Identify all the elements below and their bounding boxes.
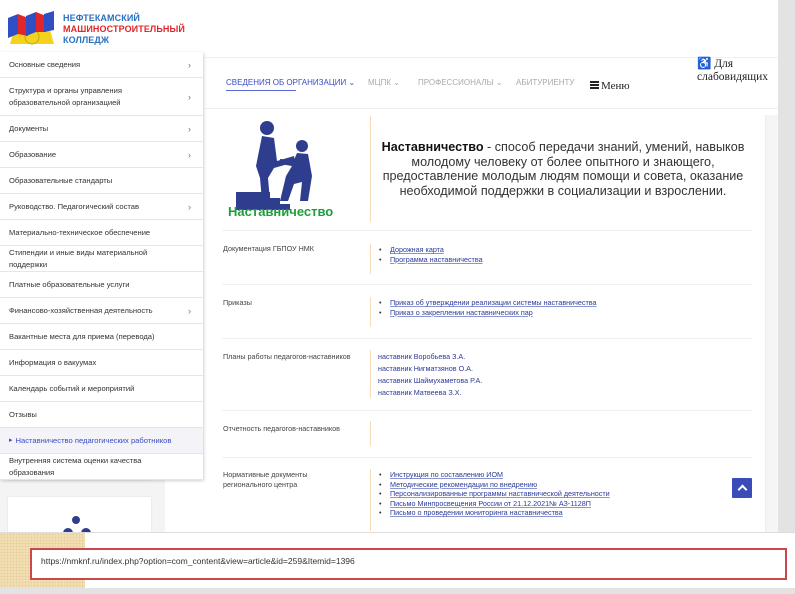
sidemenu-item[interactable]: Структура и органы управления образовате… xyxy=(0,78,203,116)
row-separator xyxy=(222,284,752,285)
page-url[interactable]: https://nmknf.ru/index.php?option=com_co… xyxy=(41,556,355,566)
link-monitoring-letter[interactable]: Письмо о проведении мониторинга наставни… xyxy=(377,508,610,518)
row-separator xyxy=(222,457,752,458)
link-methodical-recommendations[interactable]: Методические рекомендации по внедрению xyxy=(377,480,610,490)
college-logo[interactable]: НЕФТЕКАМСКИЙ МАШИНОСТРОИТЕЛЬНЫЙ КОЛЛЕДЖ xyxy=(6,10,206,50)
sidemenu-item-label: Платные образовательные услуги xyxy=(9,279,129,291)
sidemenu-item[interactable]: Платные образовательные услуги xyxy=(0,272,203,298)
sidemenu-item[interactable]: Основные сведения› xyxy=(0,52,203,78)
row-label-work-plans: Планы работы педагогов-наставников xyxy=(223,352,351,362)
definition-term: Наставничество xyxy=(382,140,484,154)
organization-info-dropdown: Основные сведения›Структура и органы упр… xyxy=(0,52,203,480)
row-divider xyxy=(370,469,371,531)
nav-item-professionals[interactable]: ПРОФЕССИОНАЛЫ ⌄ xyxy=(418,78,503,87)
accessibility-button[interactable]: ♿ Для слабовидящих xyxy=(697,58,768,84)
chevron-right-icon: › xyxy=(188,59,191,71)
row-divider xyxy=(370,421,371,446)
sidemenu-item-label: Документы xyxy=(9,123,48,135)
sidemenu-item-label: Стипендии и иные виды материальной подде… xyxy=(9,247,183,271)
orders-links: Приказ об утверждении реализации системы… xyxy=(377,298,597,317)
row-divider xyxy=(370,297,371,327)
sidemenu-item-label: Финансово-хозяйственная деятельность xyxy=(9,305,153,317)
sidemenu-item-label: Материально-техническое обеспечение xyxy=(9,227,150,239)
sidemenu-item[interactable]: Материально-техническое обеспечение xyxy=(0,220,203,246)
sidemenu-item[interactable]: Руководство. Педагогический состав› xyxy=(0,194,203,220)
accessibility-label-2: слабовидящих xyxy=(697,71,768,84)
panel-bottom-edge xyxy=(0,588,795,594)
mentorship-image-label: Наставничество xyxy=(228,204,333,219)
sidemenu-item-label: Календарь событий и мероприятий xyxy=(9,383,134,395)
row-label-documentation: Документация ГБПОУ НМК xyxy=(223,244,314,254)
menu-label: Меню xyxy=(601,80,630,92)
link-order-approval[interactable]: Приказ об утверждении реализации системы… xyxy=(377,298,597,308)
sidemenu-item-label: Наставничество педагогических работников xyxy=(16,435,172,447)
chevron-right-icon: › xyxy=(188,149,191,161)
row-divider xyxy=(370,244,371,274)
nmk-logo-icon xyxy=(6,10,58,46)
sidemenu-item[interactable]: Вакантные места для приема (перевода) xyxy=(0,324,203,350)
scroll-to-top-button[interactable] xyxy=(732,478,752,498)
nav-item-applicants[interactable]: АБИТУРИЕНТУ xyxy=(516,78,574,87)
link-order-pairs[interactable]: Приказ о закреплении наставнических пар xyxy=(377,308,597,318)
active-nav-underline xyxy=(226,90,296,91)
college-name: НЕФТЕКАМСКИЙ МАШИНОСТРОИТЕЛЬНЫЙ КОЛЛЕДЖ xyxy=(63,13,185,46)
regional-docs-links: Инструкция по составлению ИОМ Методическ… xyxy=(377,470,610,518)
link-mentor-plan[interactable]: наставник Шаймухаметова Р.А. xyxy=(378,375,482,387)
mentorship-definition: Наставничество - способ передачи знаний,… xyxy=(378,140,748,198)
chevron-right-icon: › xyxy=(188,123,191,135)
hamburger-icon xyxy=(590,81,599,89)
sidemenu-item-label: Вакантные места для приема (перевода) xyxy=(9,331,155,343)
chevron-right-icon: › xyxy=(188,305,191,317)
sidemenu-item[interactable]: Финансово-хозяйственная деятельность› xyxy=(0,298,203,324)
work-plans-links: наставник Воробьева З.А. наставник Нигма… xyxy=(378,351,482,399)
row-label-regional-docs: Нормативные документы регионального цент… xyxy=(223,470,343,490)
sidemenu-item[interactable]: Образование› xyxy=(0,142,203,168)
sidemenu-item[interactable]: Образовательные стандарты xyxy=(0,168,203,194)
accessibility-label-1: Для xyxy=(714,58,733,70)
link-ministry-letter[interactable]: Письмо Минпросвещения России от 21.12.20… xyxy=(377,499,610,509)
sidemenu-item-label: Образование xyxy=(9,149,56,161)
sidemenu-item-label: Руководство. Педагогический состав xyxy=(9,201,139,213)
row-separator xyxy=(222,338,752,339)
link-roadmap[interactable]: Дорожная карта xyxy=(377,245,483,255)
menu-button[interactable]: Меню xyxy=(590,80,630,92)
logo-line-1: НЕФТЕКАМСКИЙ xyxy=(63,13,185,24)
web-page: НЕФТЕКАМСКИЙ МАШИНОСТРОИТЕЛЬНЫЙ КОЛЛЕДЖ … xyxy=(0,0,778,594)
link-personalized-programs[interactable]: Персонализированные программы наставниче… xyxy=(377,489,610,499)
url-caption-box: https://nmknf.ru/index.php?option=com_co… xyxy=(30,548,787,580)
chevron-right-icon: › xyxy=(188,91,191,103)
logo-line-2: МАШИНОСТРОИТЕЛЬНЫЙ xyxy=(63,24,185,35)
content-scrollbar[interactable] xyxy=(765,115,778,545)
wheelchair-icon: ♿ xyxy=(697,58,711,70)
row-divider xyxy=(370,350,371,398)
sidemenu-item-label: Внутренняя система оценки качества образ… xyxy=(9,455,183,479)
link-mentorship-program[interactable]: Программа наставничества xyxy=(377,255,483,265)
documentation-links: Дорожная карта Программа наставничества xyxy=(377,245,483,264)
sidemenu-item[interactable]: Календарь событий и мероприятий xyxy=(0,376,203,402)
sidemenu-item-label: Информация о вакуумах xyxy=(9,357,96,369)
url-caption-panel: https://nmknf.ru/index.php?option=com_co… xyxy=(0,532,795,594)
logo-line-3: КОЛЛЕДЖ xyxy=(63,35,185,46)
sidemenu-item[interactable]: Документы› xyxy=(0,116,203,142)
link-iom-instruction[interactable]: Инструкция по составлению ИОМ xyxy=(377,470,610,480)
nav-item-organization-info[interactable]: СВЕДЕНИЯ ОБ ОРГАНИЗАЦИИ ⌄ xyxy=(226,78,355,87)
nav-item-mcpk[interactable]: МЦПК ⌄ xyxy=(368,78,400,87)
chevron-right-icon: › xyxy=(188,201,191,213)
window-scrollbar[interactable] xyxy=(778,0,795,594)
row-label-reporting: Отчетность педагогов-наставников xyxy=(223,424,340,434)
row-separator xyxy=(222,410,752,411)
quote-divider xyxy=(370,116,371,222)
sidemenu-item-label: Структура и органы управления образовате… xyxy=(9,85,183,109)
sidemenu-item[interactable]: Стипендии и иные виды материальной подде… xyxy=(0,246,203,272)
link-mentor-plan[interactable]: наставник Нигматзянов О.А. xyxy=(378,363,482,375)
row-separator xyxy=(222,230,752,231)
link-mentor-plan[interactable]: наставник Воробьева З.А. xyxy=(378,351,482,363)
sidemenu-item[interactable]: Наставничество педагогических работников xyxy=(0,428,203,454)
sidemenu-item-label: Отзывы xyxy=(9,409,37,421)
sidemenu-item-label: Основные сведения xyxy=(9,59,80,71)
link-mentor-plan[interactable]: наставник Матвеева З.Х. xyxy=(378,387,482,399)
sidemenu-item[interactable]: Внутренняя система оценки качества образ… xyxy=(0,454,203,480)
row-label-orders: Приказы xyxy=(223,298,252,308)
sidemenu-item[interactable]: Отзывы xyxy=(0,402,203,428)
sidemenu-item[interactable]: Информация о вакуумах xyxy=(0,350,203,376)
sidemenu-item-label: Образовательные стандарты xyxy=(9,175,112,187)
